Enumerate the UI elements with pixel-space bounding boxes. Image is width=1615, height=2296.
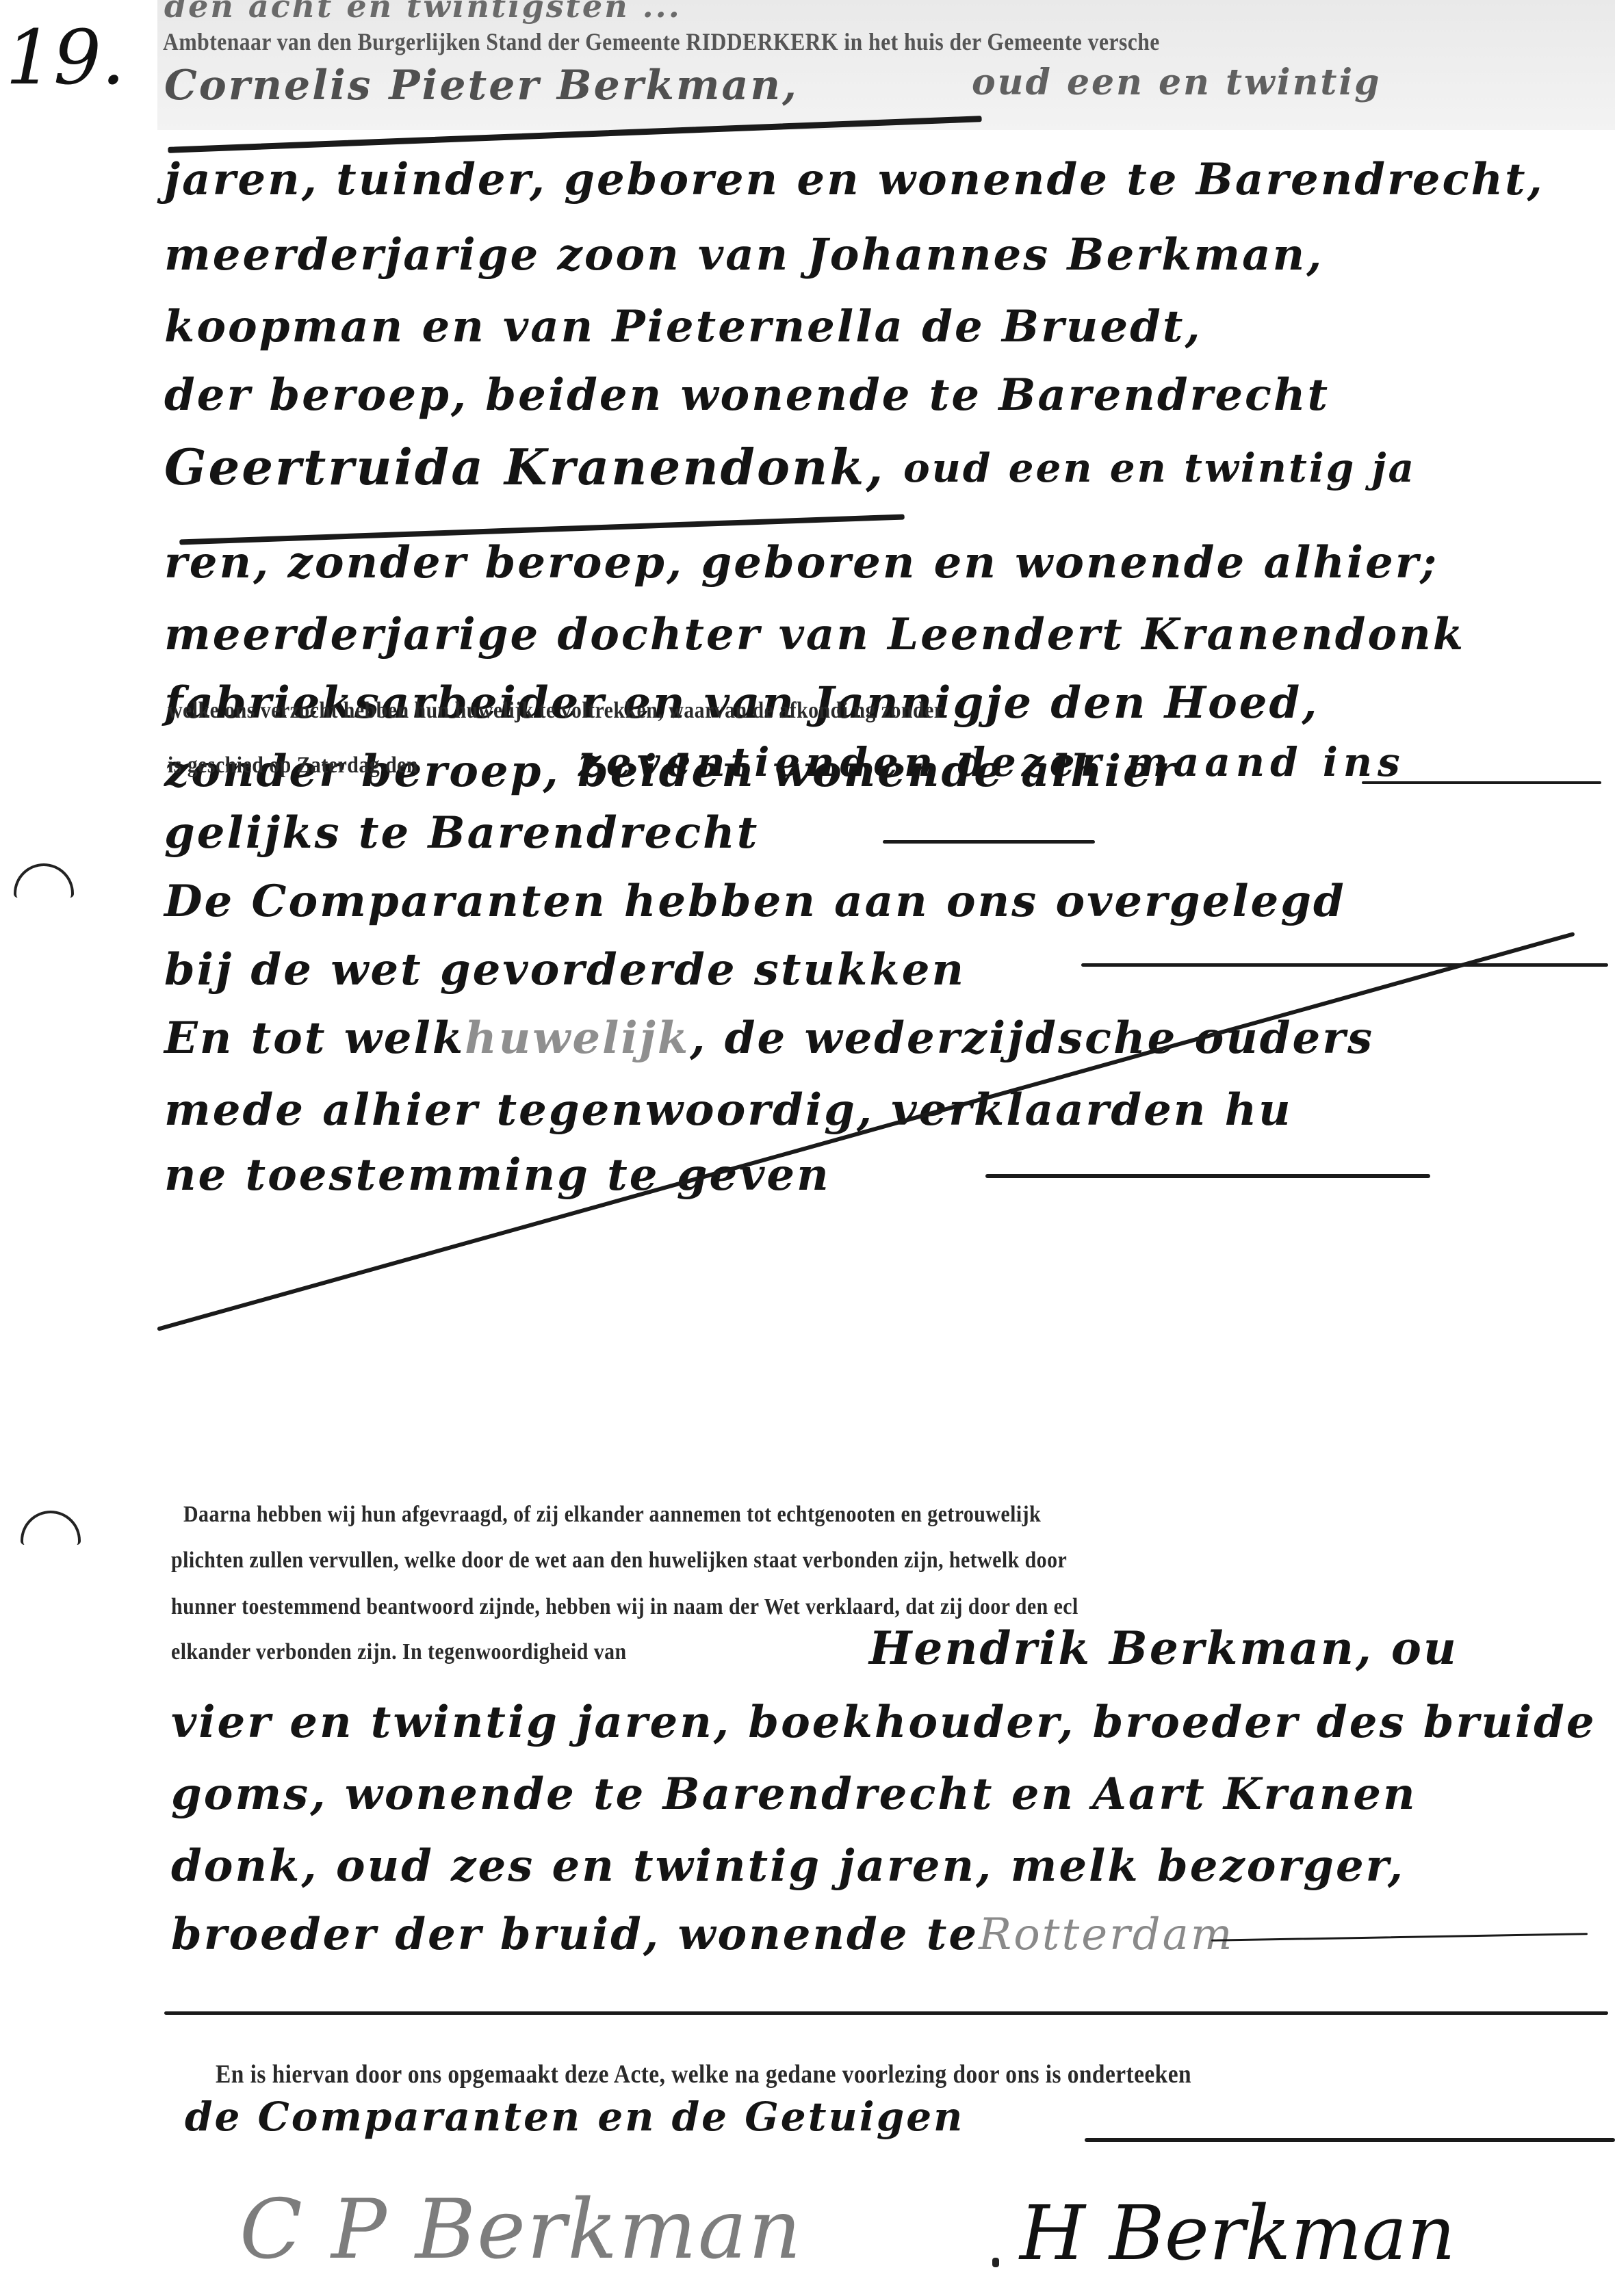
ceremony-hand-line-8-place: Rotterdam: [979, 1909, 1234, 1960]
groom-age: oud een en twintig: [972, 62, 1382, 103]
fill-line: [883, 840, 1095, 844]
fill-line: [1081, 963, 1608, 967]
groom-line-2: jaren, tuinder, geboren en wonende te Ba…: [164, 154, 1545, 205]
closing-printed-line: En is hiervan door ons opgemaakt deze Ac…: [216, 2059, 1191, 2089]
request-hand-line-4: De Comparanten hebben aan ons overgelegd: [164, 876, 1346, 927]
closing-hand-line: de Comparanten en de Getuigen: [185, 2093, 964, 2140]
groom-line-5: der beroep, beiden wonende te Barendrech…: [164, 369, 1330, 421]
entry-number: 19.: [5, 14, 125, 101]
punch-hole: [21, 1511, 81, 1545]
request-hand-line-5: bij de wet gevorderde stukken: [164, 944, 966, 995]
ceremony-printed-line-4: elkander verbonden zijn. In tegenwoordig…: [171, 1639, 627, 1665]
request-hand-line-3: gelijks te Barendrecht: [164, 807, 759, 859]
signature-groom: C P Berkman: [240, 2182, 803, 2278]
fill-line: [1085, 2138, 1615, 2142]
punch-hole: [14, 863, 74, 898]
ceremony-printed-line-2: plichten zullen vervullen, welke door de…: [171, 1548, 1067, 1574]
ceremony-hand-line-5: vier en twintig jaren, boekhouder, broed…: [171, 1697, 1597, 1748]
ceremony-hand-line-8-a: broeder der bruid, wonende te: [171, 1909, 979, 1960]
groom-line-3: meerderjarige zoon van Johannes Berkman,: [164, 229, 1323, 281]
signature-witness: H Berkman: [1020, 2189, 1456, 2277]
section-divider: [164, 2011, 1608, 2015]
request-printed-line-1: welke ons verzocht hebben hun huwelijk t…: [168, 698, 944, 724]
request-hand-line-8: ne toestemming te geven: [164, 1149, 831, 1201]
request-hand-line-6-faded: huwelijk: [465, 1013, 690, 1064]
signature-mark: [992, 2258, 999, 2267]
fill-line: [1211, 1933, 1588, 1942]
bride-age: oud een en twintig ja: [903, 445, 1416, 491]
civil-marriage-record-page: 19. den acht en twintigsten ... Ambtenaa…: [0, 0, 1615, 2296]
bride-line-2: ren, zonder beroep, geboren en wonende a…: [164, 537, 1438, 588]
groom-name: Cornelis Pieter Berkman,: [164, 62, 799, 109]
ceremony-printed-line-3: hunner toestemmend beantwoord zijnde, he…: [171, 1594, 1078, 1620]
request-hand-line-7: mede alhier tegenwoordig, verklaarden hu: [164, 1084, 1293, 1136]
fill-line: [985, 1174, 1430, 1178]
publication-date: zeventienden dezer maand ins: [578, 739, 1406, 785]
request-hand-line-6-a: En tot welk: [164, 1013, 465, 1064]
groom-line-4: koopman en van Pieternella de Bruedt,: [164, 301, 1202, 352]
ceremony-printed-line-1: Daarna hebben wij hun afgevraagd, of zij…: [183, 1502, 1041, 1528]
bride-name: Geertruida Kranendonk,: [164, 438, 885, 496]
request-printed-line-2: is geschied op Zaterdag den: [168, 753, 418, 779]
witness-1-name: Hendrik Berkman, ou: [869, 1621, 1458, 1675]
ceremony-hand-line-6: goms, wonende te Barendrecht en Aart Kra…: [171, 1769, 1417, 1820]
bride-line-3: meerderjarige dochter van Leendert Krane…: [164, 609, 1465, 660]
ceremony-hand-line-8: broeder der bruid, wonende teRotterdam: [171, 1909, 1234, 1960]
header-printed-line: Ambtenaar van den Burgerlijken Stand der…: [163, 27, 1160, 56]
header-faded-line: den acht en twintigsten ...: [164, 0, 682, 25]
ceremony-hand-line-7: donk, oud zes en twintig jaren, melk bez…: [171, 1840, 1405, 1892]
